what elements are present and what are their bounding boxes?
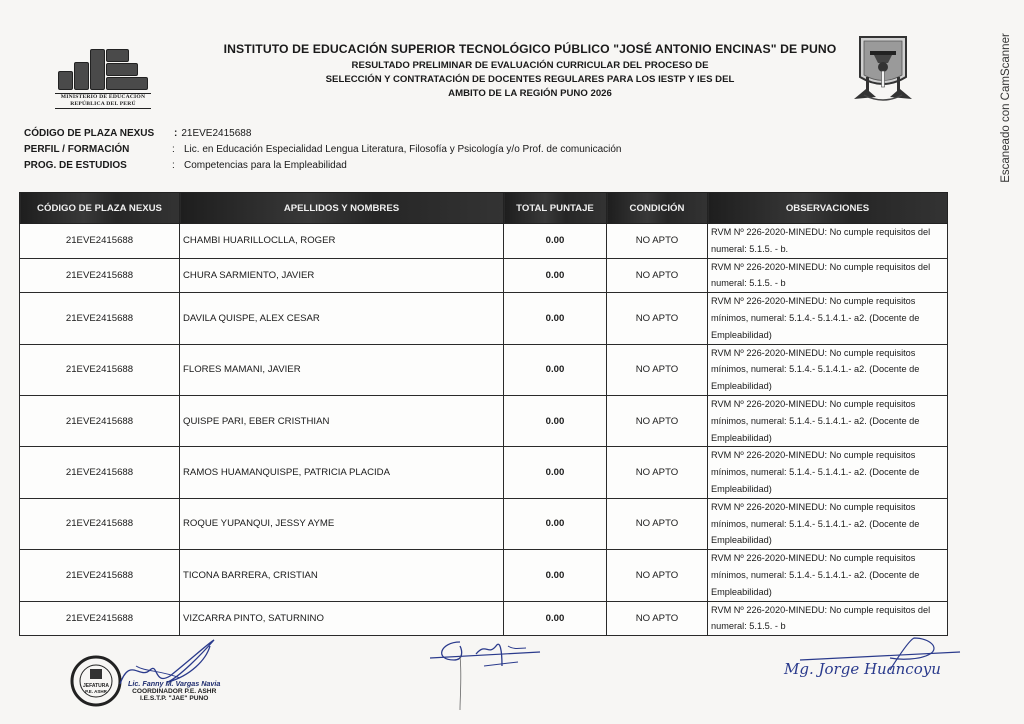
col-header-name: APELLIDOS Y NOMBRES [180, 193, 504, 224]
cell-observations: RVM Nº 226-2020-MINEDU: No cumple requis… [708, 395, 948, 446]
cell-code: 21EVE2415688 [20, 550, 180, 601]
minedu-logo-icon: MINISTERIO DE EDUCACIÓN REPÚBLICA DEL PE… [55, 48, 151, 110]
camscanner-watermark: Escaneado con CamScanner [996, 8, 1016, 208]
col-header-condition: CONDICIÓN [607, 193, 708, 224]
cell-observations: RVM Nº 226-2020-MINEDU: No cumple requis… [708, 258, 948, 293]
cell-name: TICONA BARRERA, CRISTIAN [180, 550, 504, 601]
table-row: 21EVE2415688DAVILA QUISPE, ALEX CESAR0.0… [20, 293, 948, 344]
cell-score: 0.00 [504, 224, 607, 259]
table-header-row: CÓDIGO DE PLAZA NEXUS APELLIDOS Y NOMBRE… [20, 193, 948, 224]
cell-condition: NO APTO [607, 395, 708, 446]
cell-code: 21EVE2415688 [20, 447, 180, 498]
cell-observations: RVM Nº 226-2020-MINEDU: No cumple requis… [708, 224, 948, 259]
col-header-score: TOTAL PUNTAJE [504, 193, 607, 224]
table-row: 21EVE2415688CHAMBI HUARILLOCLLA, ROGER0.… [20, 224, 948, 259]
cell-code: 21EVE2415688 [20, 498, 180, 549]
results-table: CÓDIGO DE PLAZA NEXUS APELLIDOS Y NOMBRE… [19, 192, 947, 636]
cell-score: 0.00 [504, 601, 607, 636]
svg-text:Mg. Jorge Huancoyu: Mg. Jorge Huancoyu [783, 660, 941, 678]
cell-observations: RVM Nº 226-2020-MINEDU: No cumple requis… [708, 293, 948, 344]
cell-code: 21EVE2415688 [20, 395, 180, 446]
subtitle-line: AMBITO DE LA REGIÓN PUNO 2026 [150, 87, 910, 101]
cell-code: 21EVE2415688 [20, 344, 180, 395]
cell-condition: NO APTO [607, 550, 708, 601]
cell-score: 0.00 [504, 258, 607, 293]
cell-condition: NO APTO [607, 498, 708, 549]
cell-code: 21EVE2415688 [20, 293, 180, 344]
cell-name: QUISPE PARI, EBER CRISTHIAN [180, 395, 504, 446]
cell-name: RAMOS HUAMANQUISPE, PATRICIA PLACIDA [180, 447, 504, 498]
signature-right-icon: Mg. Jorge Huancoyu [780, 634, 990, 689]
svg-text:P.E. ASHR: P.E. ASHR [85, 689, 108, 694]
meta-row-program: PROG. DE ESTUDIOS : Competencias para la… [24, 157, 621, 173]
minedu-logo-caption: MINISTERIO DE EDUCACIÓN REPÚBLICA DEL PE… [55, 93, 151, 109]
institution-title: INSTITUTO DE EDUCACIÓN SUPERIOR TECNOLÓG… [150, 42, 910, 56]
minedu-logo-bars [55, 48, 151, 90]
cell-score: 0.00 [504, 447, 607, 498]
cell-observations: RVM Nº 226-2020-MINEDU: No cumple requis… [708, 550, 948, 601]
cell-observations: RVM Nº 226-2020-MINEDU: No cumple requis… [708, 498, 948, 549]
cell-observations: RVM Nº 226-2020-MINEDU: No cumple requis… [708, 601, 948, 636]
cell-condition: NO APTO [607, 293, 708, 344]
cell-name: ROQUE YUPANQUI, JESSY AYME [180, 498, 504, 549]
cell-condition: NO APTO [607, 447, 708, 498]
col-header-code: CÓDIGO DE PLAZA NEXUS [20, 193, 180, 224]
col-header-observations: OBSERVACIONES [708, 193, 948, 224]
position-info: CÓDIGO DE PLAZA NEXUS : 21EVE2415688 PER… [24, 125, 621, 173]
cell-name: CHURA SARMIENTO, JAVIER [180, 258, 504, 293]
table-row: 21EVE2415688VIZCARRA PINTO, SATURNINO0.0… [20, 601, 948, 636]
cell-code: 21EVE2415688 [20, 601, 180, 636]
cell-score: 0.00 [504, 395, 607, 446]
cell-score: 0.00 [504, 550, 607, 601]
signature-center-icon [430, 636, 550, 721]
meta-row-profile: PERFIL / FORMACIÓN : Lic. en Educación E… [24, 141, 621, 157]
cell-condition: NO APTO [607, 344, 708, 395]
table-row: 21EVE2415688FLORES MAMANI, JAVIER0.00NO … [20, 344, 948, 395]
cell-score: 0.00 [504, 344, 607, 395]
cell-condition: NO APTO [607, 601, 708, 636]
cell-condition: NO APTO [607, 258, 708, 293]
cell-name: DAVILA QUISPE, ALEX CESAR [180, 293, 504, 344]
cell-score: 0.00 [504, 293, 607, 344]
table-row: 21EVE2415688ROQUE YUPANQUI, JESSY AYME0.… [20, 498, 948, 549]
table-row: 21EVE2415688QUISPE PARI, EBER CRISTHIAN0… [20, 395, 948, 446]
cell-name: CHAMBI HUARILLOCLLA, ROGER [180, 224, 504, 259]
cell-observations: RVM Nº 226-2020-MINEDU: No cumple requis… [708, 447, 948, 498]
subtitle-line: RESULTADO PRELIMINAR DE EVALUACIÓN CURRI… [150, 59, 910, 73]
meta-row-code: CÓDIGO DE PLAZA NEXUS : 21EVE2415688 [24, 125, 621, 141]
iestp-crest-icon [852, 33, 914, 105]
table-row: 21EVE2415688RAMOS HUAMANQUISPE, PATRICIA… [20, 447, 948, 498]
cell-name: VIZCARRA PINTO, SATURNINO [180, 601, 504, 636]
cell-observations: RVM Nº 226-2020-MINEDU: No cumple requis… [708, 344, 948, 395]
table-row: 21EVE2415688CHURA SARMIENTO, JAVIER0.00N… [20, 258, 948, 293]
table-row: 21EVE2415688TICONA BARRERA, CRISTIAN0.00… [20, 550, 948, 601]
signer-left-block: Lic. Fanny M. Vargas Navia COORDINADOR P… [128, 680, 220, 703]
document-header: INSTITUTO DE EDUCACIÓN SUPERIOR TECNOLÓG… [150, 42, 910, 101]
cell-code: 21EVE2415688 [20, 258, 180, 293]
cell-code: 21EVE2415688 [20, 224, 180, 259]
cell-name: FLORES MAMANI, JAVIER [180, 344, 504, 395]
cell-condition: NO APTO [607, 224, 708, 259]
subtitle-line: SELECCIÓN Y CONTRATACIÓN DE DOCENTES REG… [150, 73, 910, 87]
cell-score: 0.00 [504, 498, 607, 549]
